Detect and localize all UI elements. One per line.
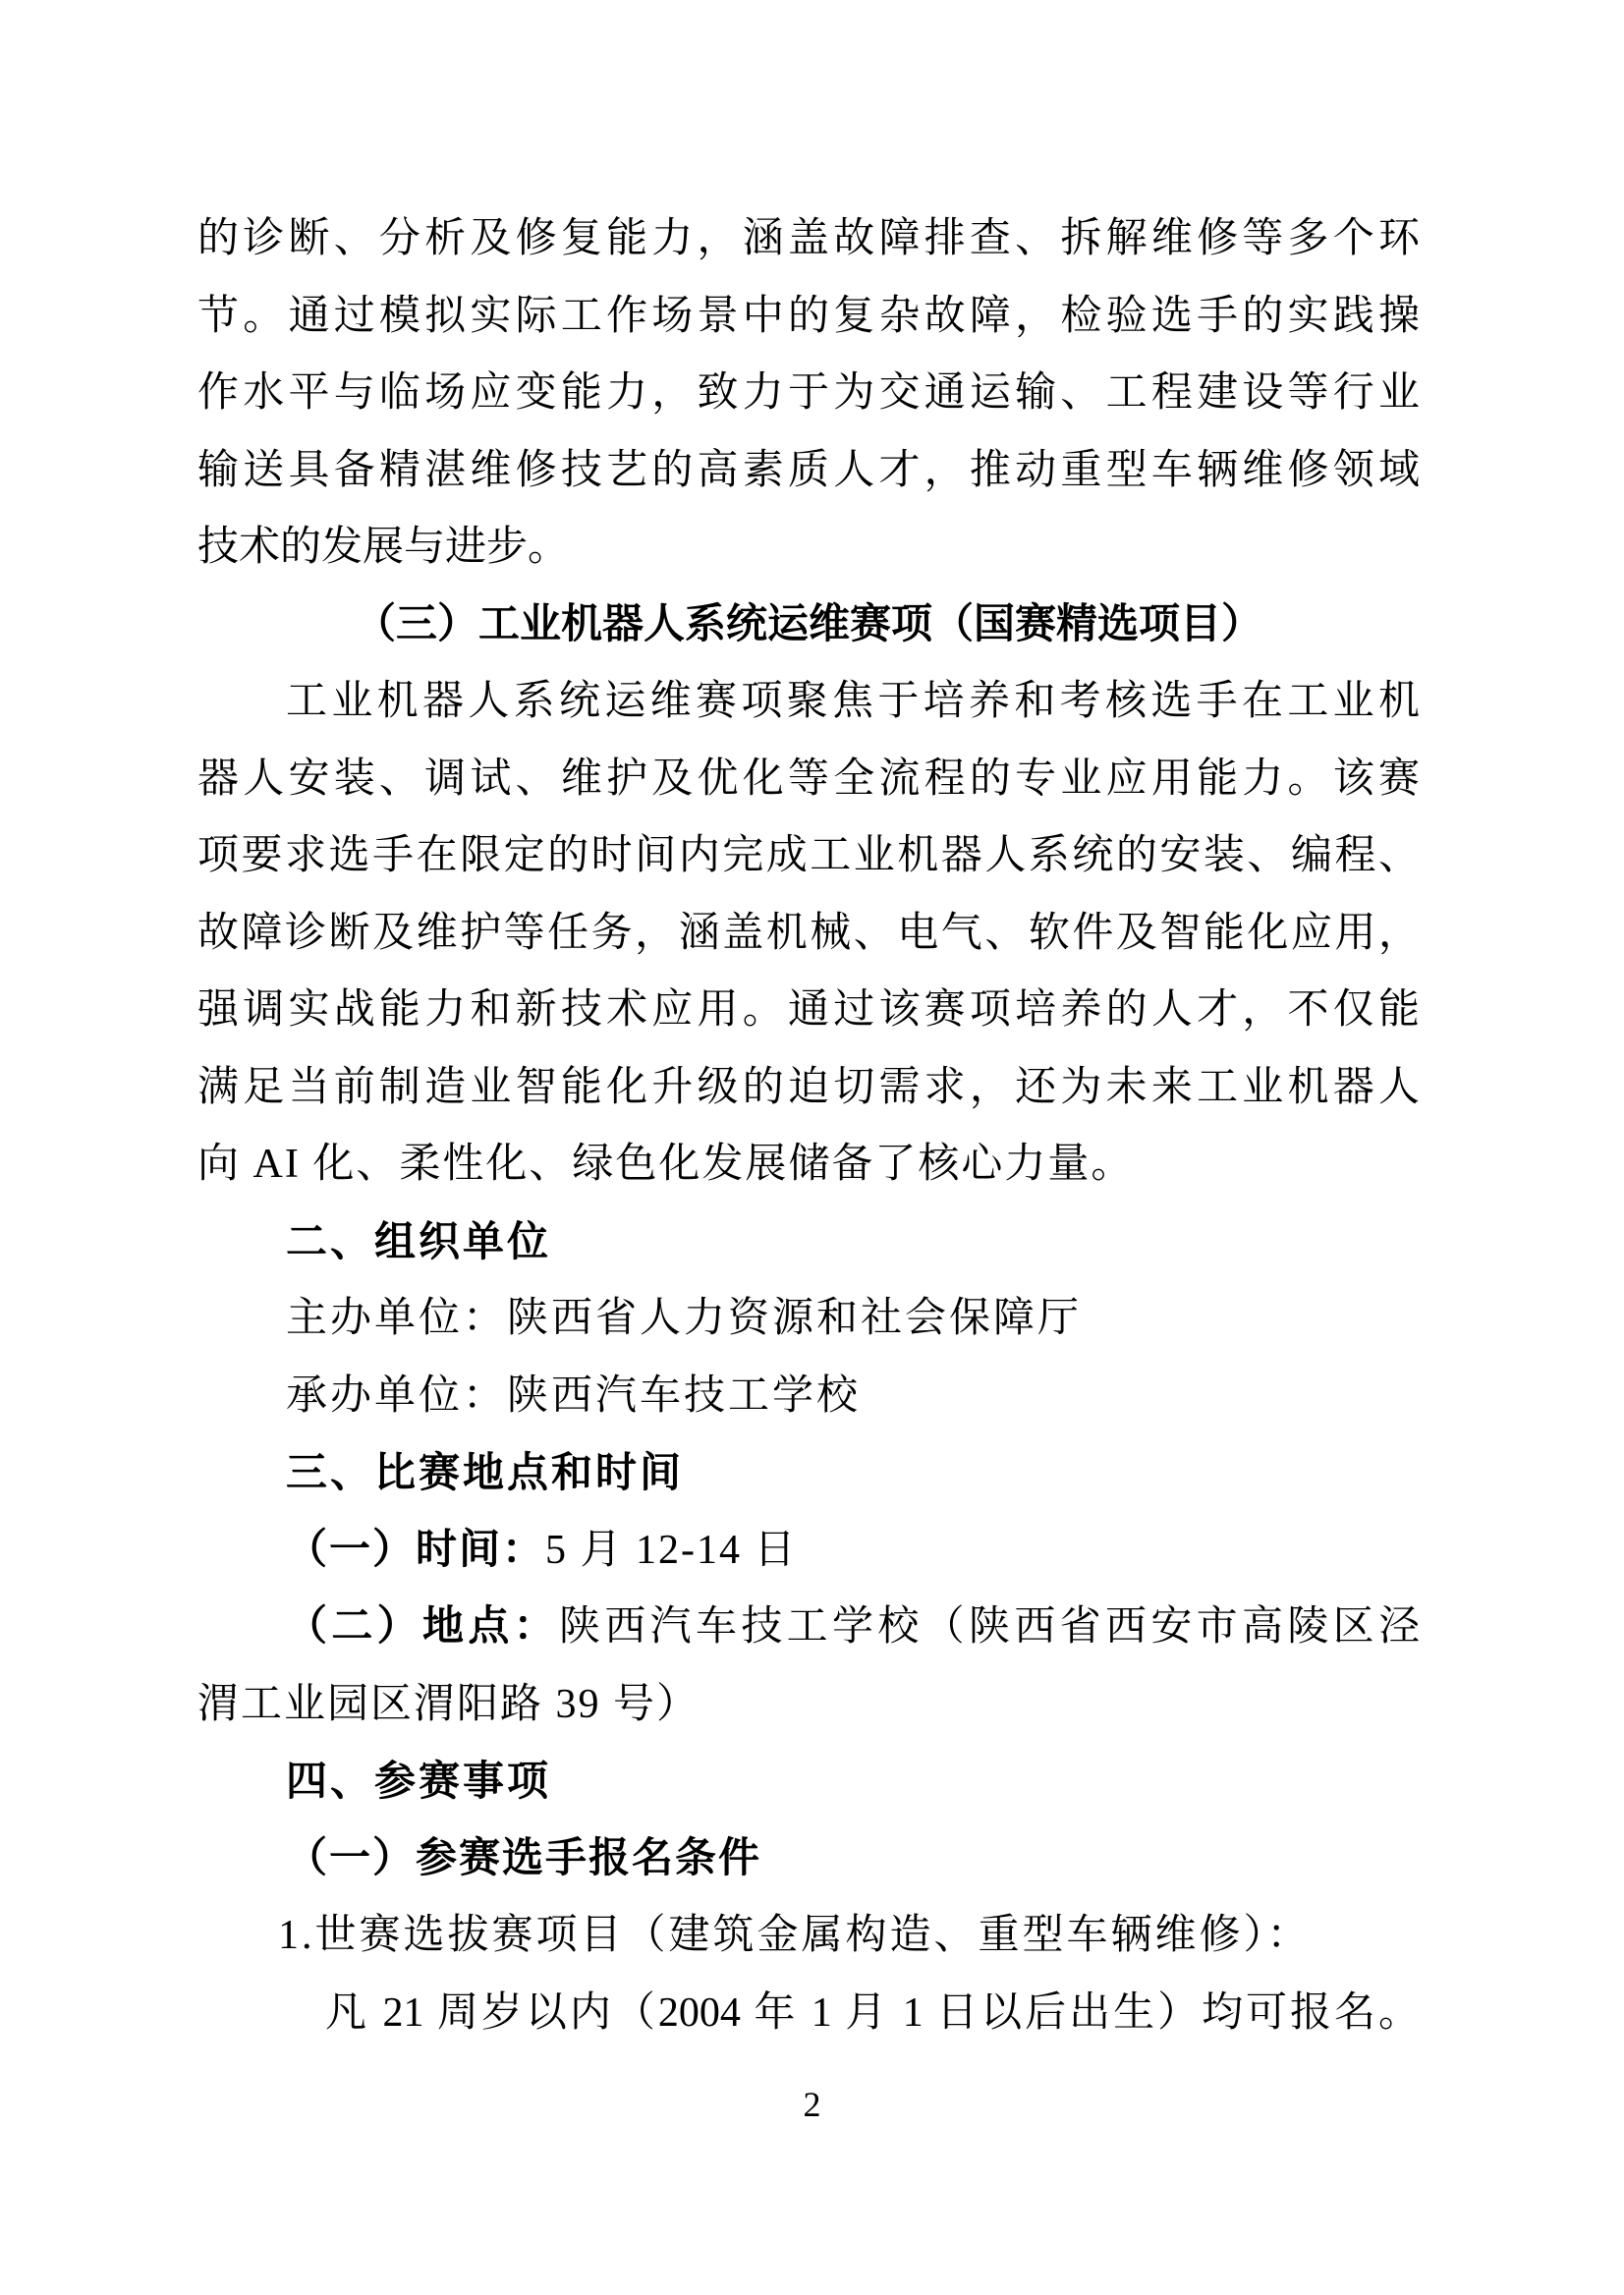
body-line: 故障诊断及维护等任务，涵盖机械、电气、软件及智能化应用， bbox=[197, 895, 1420, 973]
heading-registration-conditions: （一）参赛选手报名条件 bbox=[197, 1820, 1420, 1898]
line-organizer-unit: 承办单位：陕西汽车技工学校 bbox=[197, 1358, 1420, 1435]
line-age-requirement: 凡 21 周岁以内（2004 年 1 月 1 日以后出生）均可报名。 bbox=[197, 1975, 1420, 2052]
heading-org-units: 二、组织单位 bbox=[197, 1203, 1420, 1281]
body-line: 节。通过模拟实际工作场景中的复杂故障，检验选手的实践操 bbox=[197, 278, 1420, 356]
heading-participation: 四、参赛事项 bbox=[197, 1743, 1420, 1820]
location-value: 陕西汽车技工学校（陕西省西安市高陵区泾 bbox=[559, 1604, 1420, 1650]
heading-venue-and-time: 三、比赛地点和时间 bbox=[197, 1434, 1420, 1512]
body-line: 输送具备精湛维修技艺的高素质人才，推动重型车辆维修领域 bbox=[197, 432, 1420, 510]
heading-section-3: （三）工业机器人系统运维赛项（国赛精选项目） bbox=[197, 587, 1420, 664]
body-line: 向 AI 化、柔性化、绿色化发展储备了核心力量。 bbox=[197, 1126, 1420, 1203]
body-line: 器人安装、调试、维护及优化等全流程的专业应用能力。该赛 bbox=[197, 741, 1420, 818]
line-host-unit: 主办单位：陕西省人力资源和社会保障厅 bbox=[197, 1280, 1420, 1358]
time-value: 5 月 12-14 日 bbox=[545, 1528, 798, 1573]
body-line: 满足当前制造业智能化升级的迫切需求，还为未来工业机器人 bbox=[197, 1049, 1420, 1127]
time-label: （一）时间： bbox=[286, 1528, 545, 1573]
body-line: 项要求选手在限定的时间内完成工业机器人系统的安装、编程、 bbox=[197, 817, 1420, 895]
location-label: （二）地点： bbox=[286, 1604, 559, 1650]
body-line: 的诊断、分析及修复能力，涵盖故障排查、拆解维修等多个环 bbox=[197, 200, 1420, 278]
line-location-continued: 渭工业园区渭阳路 39 号） bbox=[197, 1666, 1420, 1744]
line-worldskills-projects: 1.世赛选拔赛项目（建筑金属构造、重型车辆维修）： bbox=[197, 1897, 1420, 1975]
body-line: 作水平与临场应变能力，致力于为交通运输、工程建设等行业 bbox=[197, 355, 1420, 432]
document-body: 的诊断、分析及修复能力，涵盖故障排查、拆解维修等多个环 节。通过模拟实际工作场景… bbox=[197, 200, 1420, 2051]
document-page: 的诊断、分析及修复能力，涵盖故障排查、拆解维修等多个环 节。通过模拟实际工作场景… bbox=[0, 0, 1624, 2295]
body-line: 工业机器人系统运维赛项聚焦于培养和考核选手在工业机 bbox=[197, 663, 1420, 741]
body-line: 强调实战能力和新技术应用。通过该赛项培养的人才，不仅能 bbox=[197, 972, 1420, 1049]
line-competition-location: （二）地点：陕西汽车技工学校（陕西省西安市高陵区泾 bbox=[197, 1589, 1420, 1666]
body-line: 技术的发展与进步。 bbox=[197, 509, 1420, 587]
page-number: 2 bbox=[0, 2075, 1624, 2134]
line-competition-time: （一）时间：5 月 12-14 日 bbox=[197, 1512, 1420, 1590]
